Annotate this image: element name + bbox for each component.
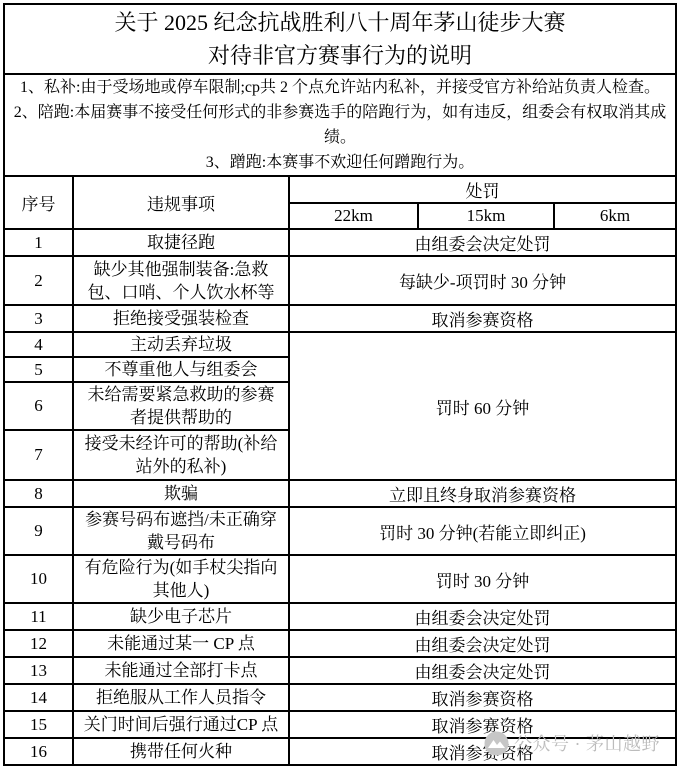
row-penalty: 取消参赛资格: [289, 738, 676, 765]
row-violation: 缺少其他强制装备:急救 包、口哨、个人饮水杯等: [73, 256, 289, 305]
table-row: 2 缺少其他强制装备:急救 包、口哨、个人饮水杯等 每缺少-项罚时 30 分钟: [4, 256, 676, 305]
row-violation: 拒绝接受强装检查: [73, 305, 289, 332]
row-violation: 不尊重他人与组委会: [73, 357, 289, 382]
row-no: 14: [4, 684, 73, 711]
note-pacing: 2、陪跑:本届赛事不接受任何形式的非参赛选手的陪跑行为，如有违反，组委会有权取消…: [5, 100, 675, 150]
table-row: 13 未能通过全部打卡点 由组委会决定处罚: [4, 657, 676, 684]
table-row: 10 有危险行为(如手杖尖指向 其他人) 罚时 30 分钟: [4, 555, 676, 603]
row-no: 2: [4, 256, 73, 305]
row-violation: 拒绝服从工作人员指令: [73, 684, 289, 711]
row-no: 11: [4, 603, 73, 630]
header-no: 序号: [4, 176, 73, 229]
row-no: 6: [4, 382, 73, 430]
row-no: 7: [4, 430, 73, 480]
row-violation: 未给需要紧急救助的参赛 者提供帮助的: [73, 382, 289, 430]
row-no: 3: [4, 305, 73, 332]
notes-block: 1、私补:由于受场地或停车限制;cp共 2 个点允许站内私补，并接受官方补给站负…: [4, 74, 676, 176]
note-private-supply: 1、私补:由于受场地或停车限制;cp共 2 个点允许站内私补，并接受官方补给站负…: [5, 75, 675, 100]
row-violation: 关门时间后强行通过CP 点: [73, 711, 289, 738]
table-row: 9 参赛号码布遮挡/未正确穿 戴号码布 罚时 30 分钟(若能立即纠正): [4, 507, 676, 555]
table-row: 1 取捷径跑 由组委会决定处罚: [4, 229, 676, 256]
title-line-2: 对待非官方赛事行为的说明: [5, 39, 675, 72]
row-penalty: 每缺少-项罚时 30 分钟: [289, 256, 676, 305]
row-no: 1: [4, 229, 73, 256]
row-no: 5: [4, 357, 73, 382]
row-violation: 主动丢弃垃圾: [73, 332, 289, 357]
rules-table: 关于 2025 纪念抗战胜利八十周年茅山徒步大赛 对待非官方赛事行为的说明 1、…: [3, 3, 677, 766]
row-no: 12: [4, 630, 73, 657]
row-penalty: 罚时 30 分钟: [289, 555, 676, 603]
row-no: 8: [4, 480, 73, 507]
row-penalty: 罚时 30 分钟(若能立即纠正): [289, 507, 676, 555]
row-no: 10: [4, 555, 73, 603]
note-bandit-running: 3、蹭跑:本赛事不欢迎任何蹭跑行为。: [5, 150, 675, 175]
header-penalty: 处罚: [289, 176, 676, 203]
header-violation: 违规事项: [73, 176, 289, 229]
row-no: 15: [4, 711, 73, 738]
row-violation: 未能通过全部打卡点: [73, 657, 289, 684]
table-row: 14 拒绝服从工作人员指令 取消参赛资格: [4, 684, 676, 711]
row-penalty: 由组委会决定处罚: [289, 657, 676, 684]
row-violation: 取捷径跑: [73, 229, 289, 256]
row-violation: 欺骗: [73, 480, 289, 507]
row-penalty-merged-4-7: 罚时 60 分钟: [289, 332, 676, 480]
row-penalty: 由组委会决定处罚: [289, 630, 676, 657]
row-penalty: 立即且终身取消参赛资格: [289, 480, 676, 507]
row-violation: 参赛号码布遮挡/未正确穿 戴号码布: [73, 507, 289, 555]
row-no: 9: [4, 507, 73, 555]
row-penalty: 由组委会决定处罚: [289, 229, 676, 256]
table-row: 15 关门时间后强行通过CP 点 取消参赛资格: [4, 711, 676, 738]
row-violation: 接受未经许可的帮助(补给 站外的私补): [73, 430, 289, 480]
table-row: 4 主动丢弃垃圾 罚时 60 分钟: [4, 332, 676, 357]
row-penalty: 取消参赛资格: [289, 711, 676, 738]
table-row: 8 欺骗 立即且终身取消参赛资格: [4, 480, 676, 507]
table-row: 3 拒绝接受强装检查 取消参赛资格: [4, 305, 676, 332]
row-no: 13: [4, 657, 73, 684]
row-violation: 未能通过某一 CP 点: [73, 630, 289, 657]
table-row: 12 未能通过某一 CP 点 由组委会决定处罚: [4, 630, 676, 657]
row-no: 16: [4, 738, 73, 765]
row-penalty: 取消参赛资格: [289, 305, 676, 332]
row-penalty: 取消参赛资格: [289, 684, 676, 711]
table-row: 16 携带任何火种 取消参赛资格: [4, 738, 676, 765]
header-distance-6km: 6km: [554, 203, 676, 229]
table-row: 11 缺少电子芯片 由组委会决定处罚: [4, 603, 676, 630]
row-no: 4: [4, 332, 73, 357]
header-distance-22km: 22km: [289, 203, 418, 229]
row-penalty: 由组委会决定处罚: [289, 603, 676, 630]
header-distance-15km: 15km: [418, 203, 554, 229]
row-violation: 缺少电子芯片: [73, 603, 289, 630]
title-line-1: 关于 2025 纪念抗战胜利八十周年茅山徒步大赛: [5, 6, 675, 39]
row-violation: 携带任何火种: [73, 738, 289, 765]
row-violation: 有危险行为(如手杖尖指向 其他人): [73, 555, 289, 603]
document-page: 关于 2025 纪念抗战胜利八十周年茅山徒步大赛 对待非官方赛事行为的说明 1、…: [0, 0, 685, 769]
document-title: 关于 2025 纪念抗战胜利八十周年茅山徒步大赛 对待非官方赛事行为的说明: [4, 4, 676, 74]
